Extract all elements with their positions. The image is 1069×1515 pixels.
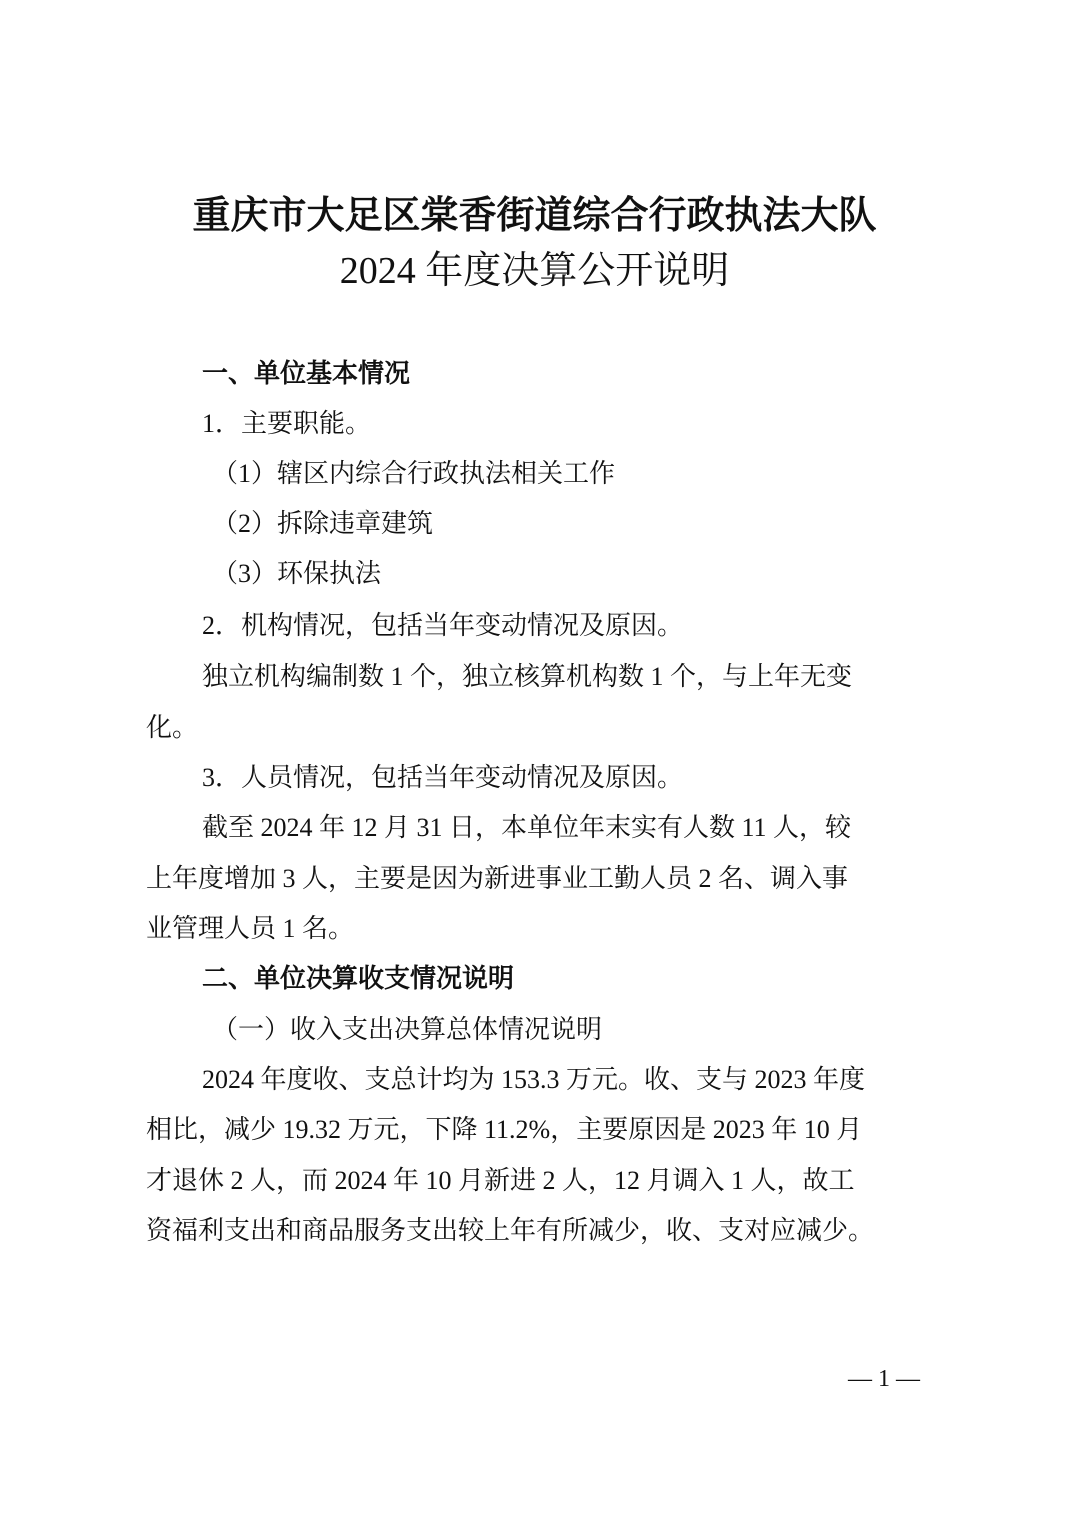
item-personnel: 3．人员情况，包括当年变动情况及原因。 [202,765,683,791]
section-heading-1: 一、单位基本情况 [202,360,410,386]
personnel-paragraph-line3: 业管理人员 1 名。 [146,916,354,942]
document-title-line2: 2024 年度决算公开说明 [0,252,1069,290]
function-item-3: （3）环保执法 [212,561,381,587]
item-main-functions: 1．主要职能。 [202,411,371,437]
item-organization: 2．机构情况，包括当年变动情况及原因。 [202,613,683,639]
organization-paragraph-line1: 独立机构编制数 1 个，独立核算机构数 1 个，与上年无变 [202,664,922,690]
page-number: — 1 — [848,1367,920,1391]
document-title-line1: 重庆市大足区棠香街道综合行政执法大队 [0,197,1069,235]
income-paragraph-line1: 2024 年度收、支总计均为 153.3 万元。收、支与 2023 年度 [202,1067,865,1093]
section-heading-2: 二、单位决算收支情况说明 [202,965,514,991]
personnel-paragraph-line2: 上年度增加 3 人，主要是因为新进事业工勤人员 2 名、调入事 [146,866,848,892]
personnel-paragraph-line1: 截至 2024 年 12 月 31 日，本单位年末实有人数 11 人，较 [202,815,851,841]
income-paragraph-line4: 资福利支出和商品服务支出较上年有所减少，收、支对应减少。 [146,1218,874,1244]
organization-paragraph-line2: 化。 [146,715,198,741]
income-paragraph-line2: 相比，减少 19.32 万元，下降 11.2%，主要原因是 2023 年 10 … [146,1117,862,1143]
function-item-1: （1）辖区内综合行政执法相关工作 [212,461,615,487]
function-item-2: （2）拆除违章建筑 [212,511,433,537]
subsection-heading-income-expense: （一）收入支出决算总体情况说明 [212,1017,602,1043]
income-paragraph-line3: 才退休 2 人，而 2024 年 10 月新进 2 人，12 月调入 1 人，故… [146,1168,855,1194]
